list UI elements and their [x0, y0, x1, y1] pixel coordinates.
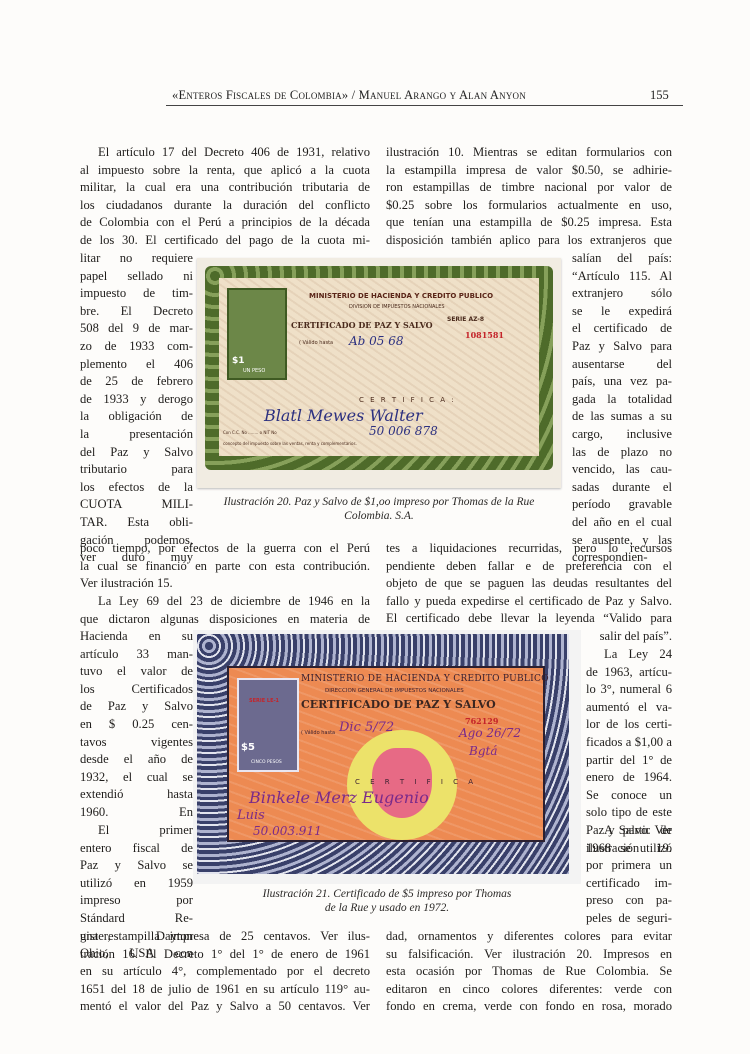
left-para-1-bottom: poco tiempo, por efectos de la guerra co… — [80, 540, 370, 593]
text-line: enero de 1964. — [586, 769, 672, 787]
text-line: las de plazo no — [572, 444, 672, 462]
caption-line: Ilustración 21. Certificado de $5 impres… — [193, 887, 581, 901]
right-para-1-top: ilustración 10. Mientras se editan formu… — [386, 144, 672, 250]
text-line: de Paz y Salvo — [80, 698, 193, 716]
text-line: la obligación de — [80, 408, 193, 426]
text-line: que tenían una estampilla de $0.25 impre… — [386, 214, 672, 232]
text-line: certificado im- — [586, 875, 672, 893]
text-line: Paz y Salvo para — [572, 338, 672, 356]
figure-21-certificate: SERIE LE-1 $5 CINCO PESOS MINISTERIO DE … — [193, 630, 581, 884]
text-line: desde el año de — [80, 751, 193, 769]
text-line: CUOTA MILI- — [80, 496, 193, 514]
text-line: ilustración 10. Mientras se editan formu… — [386, 144, 672, 162]
text-line: zo de 1933 com- — [80, 338, 193, 356]
text-line: pendiente deben fallar e de preferencia … — [386, 558, 672, 576]
text-line: ficados a $1,00 a — [586, 734, 672, 752]
text-line: de 1933 y derogo — [80, 391, 193, 409]
text-line: de las sumas a su — [572, 408, 672, 426]
text-line: en $ 0.25 cen- — [80, 716, 193, 734]
text-line: bre. El Decreto — [80, 303, 193, 321]
text-line: en su artículo 4°, complementado por el … — [80, 963, 370, 981]
text-line: El primer — [80, 822, 193, 840]
text-line: dad, ornamentos y diferentes colores par… — [386, 928, 672, 946]
text-line: tes a liquidaciones recurridas, pero lo … — [386, 540, 672, 558]
text-line: poco tiempo, por efectos de la guerra co… — [80, 540, 370, 558]
text-line: que dictaron algunas disposiciones en ma… — [80, 611, 370, 629]
text-line: Ver ilustración 15. — [80, 575, 370, 593]
right-para-1-bottom: tes a liquidaciones recurridas, pero lo … — [386, 540, 672, 628]
text-line: plemento el 406 — [80, 356, 193, 374]
running-title: «Enteros Fiscales de Colombia» / Manuel … — [172, 88, 526, 103]
text-line: extranjero sólo — [572, 285, 672, 303]
text-line: ron estampillas de timbre nacional por v… — [386, 179, 672, 197]
text-line: una estampilla impresa de 25 centavos. V… — [80, 928, 370, 946]
text-line: tributario para — [80, 461, 193, 479]
text-line: vencido, las cau- — [572, 461, 672, 479]
left-para-3-bottom: una estampilla impresa de 25 centavos. V… — [80, 928, 370, 1016]
text-line: esta ocasión por Thomas de Rue Colombia.… — [386, 963, 672, 981]
text-line: los ciudadanos durante la duración del c… — [80, 197, 370, 215]
text-line: TAR. Esta obli- — [80, 514, 193, 532]
text-line: “Artículo 115. Al — [572, 268, 672, 286]
text-line: tavos vigentes — [80, 734, 193, 752]
text-line: lor de los certi- — [586, 716, 672, 734]
five-peso-stamp: SERIE LE-1 $5 CINCO PESOS — [237, 678, 299, 772]
right-para-1-narrow: salían del país:“Artículo 115. Alextranj… — [572, 250, 672, 567]
text-line: ausentarse del — [572, 356, 672, 374]
one-peso-stamp: $1 UN PESO — [227, 288, 287, 380]
text-line: disposición también aplico para los extr… — [386, 232, 672, 250]
text-line: preso con pa- — [586, 892, 672, 910]
text-line: la estampilla impresa de valor $0.50, se… — [386, 162, 672, 180]
text-line: papel sellado ni — [80, 268, 193, 286]
text-line: partir del 1° de — [586, 752, 672, 770]
caption-line: Colombia. S.A. — [197, 509, 561, 523]
text-line: de Colombia con el Perú a principios de … — [80, 214, 370, 232]
text-line: fondo en crema, verde con fondo en rosa,… — [386, 998, 672, 1016]
text-line: El artículo 17 del Decreto 406 de 1931, … — [80, 144, 370, 162]
figure-20-caption: Ilustración 20. Paz y Salvo de $1,oo imp… — [197, 495, 561, 523]
text-line: aumentó el va- — [586, 699, 672, 717]
left-para-1-narrow: litar no requierepapel sellado niimpuest… — [80, 250, 193, 567]
text-line: al impuesto sobre la renta, que aplicó a… — [80, 162, 370, 180]
page-number: 155 — [650, 88, 669, 103]
text-line: militar, la cual era una contribución tr… — [80, 179, 370, 197]
text-line: 508 del 9 de mar- — [80, 320, 193, 338]
text-line: 1932, el cual se — [80, 769, 193, 787]
text-line: editaron en cinco colores diferentes: ve… — [386, 981, 672, 999]
text-line: 1651 del 18 de julio de 1961 en su artíc… — [80, 981, 370, 999]
right-para-1-tail: salir del país”. — [578, 628, 672, 646]
text-line: Stándard Re- — [80, 910, 193, 928]
text-line: sadas durante el — [572, 479, 672, 497]
text-line: 1960. En — [80, 804, 193, 822]
text-line: del Paz y Salvo — [80, 444, 193, 462]
left-para-2-top: La Ley 69 del 23 de diciembre de 1946 en… — [80, 593, 370, 628]
text-line: tración 16. El Decreto 1° del 1° de ener… — [80, 946, 370, 964]
certificate-paper: SERIE LE-1 $5 CINCO PESOS MINISTERIO DE … — [227, 666, 545, 842]
certificate-paper: $1 UN PESO MINISTERIO DE HACIENDA Y CRED… — [219, 278, 539, 456]
left-para-1-top: El artículo 17 del Decreto 406 de 1931, … — [80, 144, 370, 250]
text-line: de los 30. El certificado del pago de la… — [80, 232, 370, 250]
text-line: objeto de que se paguen las deudas resul… — [386, 575, 672, 593]
text-line: la cual se financió en parte con esta co… — [80, 558, 370, 576]
text-line: del año en el cual — [572, 514, 672, 532]
caption-line: de la Rue y usado en 1972. — [193, 901, 581, 915]
text-line: los efectos de la — [80, 479, 193, 497]
text-line: impreso por — [80, 892, 193, 910]
text-line: Se conoce un — [586, 787, 672, 805]
text-line: los Certificados — [80, 681, 193, 699]
text-line: artículo 33 man- — [80, 646, 193, 664]
right-para-3-bottom: dad, ornamentos y diferentes colores par… — [386, 928, 672, 1016]
text-line: período gravable — [572, 496, 672, 514]
text-line: se le expedirá — [572, 303, 672, 321]
text-line: de 25 de febrero — [80, 373, 193, 391]
text-line: litar no requiere — [80, 250, 193, 268]
header-rule — [166, 105, 683, 106]
text-line: el certificado de — [572, 320, 672, 338]
right-para-3-narrow: A partir de1968 se utilizópor primera un… — [586, 822, 672, 928]
text-line: gada la totalidad — [572, 391, 672, 409]
text-line: Hacienda en su — [80, 628, 193, 646]
text-line: utilizó en 1959 — [80, 875, 193, 893]
text-line: por primera un — [586, 857, 672, 875]
text-line: país, una vez pa- — [572, 373, 672, 391]
text-line: El certificado debe llevar la leyenda “V… — [386, 610, 672, 628]
figure-21-caption: Ilustración 21. Certificado de $5 impres… — [193, 887, 581, 915]
text-line: su falsificación. Ver ilustración 20. Im… — [386, 946, 672, 964]
text-line: peles de seguri- — [586, 910, 672, 928]
caption-line: Ilustración 20. Paz y Salvo de $1,oo imp… — [197, 495, 561, 509]
text-line: $0.25 sobre los formularios actualmente … — [386, 197, 672, 215]
text-line: 1968 se utilizó — [586, 840, 672, 858]
text-line: solo tipo de este — [586, 804, 672, 822]
text-line: salían del país: — [572, 250, 672, 268]
text-line: impuesto de tim- — [80, 285, 193, 303]
text-line: extendió hasta — [80, 786, 193, 804]
text-line: cargo, inclusive — [572, 426, 672, 444]
text-line: fallo y pueda expedirse el certificado d… — [386, 593, 672, 611]
text-line: La Ley 69 del 23 de diciembre de 1946 en… — [80, 593, 370, 611]
text-line: la presentación — [80, 426, 193, 444]
text-line: mentó el valor del Paz y Salvo a 50 cent… — [80, 998, 370, 1016]
text-line: de 1963, artícu- — [586, 664, 672, 682]
text-line: tuvo el valor de — [80, 663, 193, 681]
figure-20-certificate: $1 UN PESO MINISTERIO DE HACIENDA Y CRED… — [197, 258, 561, 488]
text-line: entero fiscal de — [80, 840, 193, 858]
text-line: La Ley 24 — [586, 646, 672, 664]
left-para-2-narrow: Hacienda en suartículo 33 man-tuvo el va… — [80, 628, 193, 822]
text-line: lo 3°, numeral 6 — [586, 681, 672, 699]
text-line: Paz y Salvo se — [80, 857, 193, 875]
text-line: A partir de — [586, 822, 672, 840]
